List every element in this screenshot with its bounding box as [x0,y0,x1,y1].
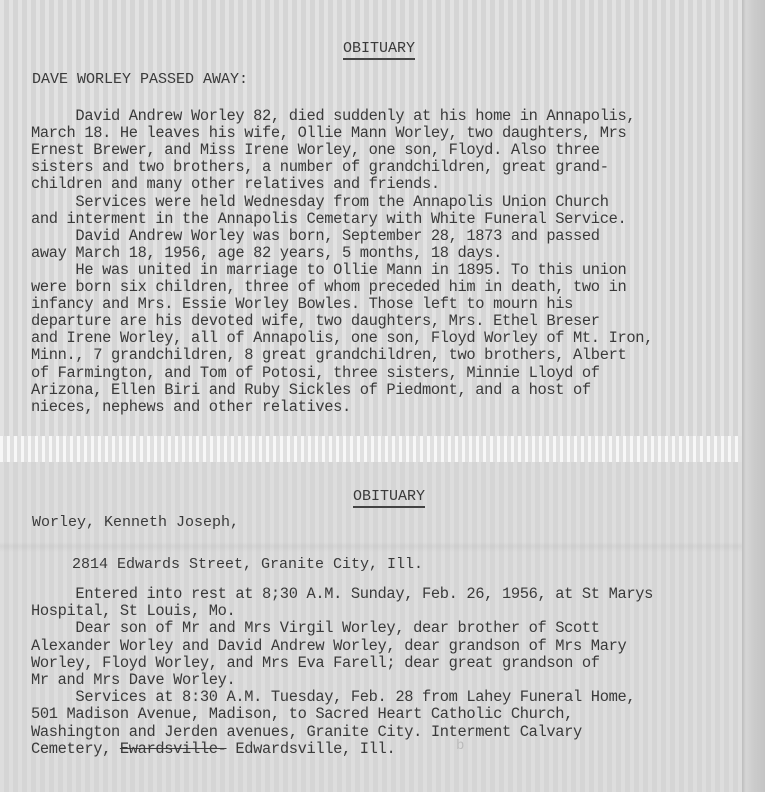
obituary-2-last-line: Cemetery, Ewardsville- Edwardsville, Ill… [31,741,395,757]
text-line: Arizona, Ellen Biri and Ruby Sickles of … [31,382,591,398]
text-line: Entered into rest at 8;30 A.M. Sunday, F… [31,586,653,602]
last-line-prefix: Cemetery, [31,740,120,758]
text-line: Worley, Floyd Worley, and Mrs Eva Farell… [31,655,600,671]
text-line: 501 Madison Avenue, Madison, to Sacred H… [31,706,573,722]
text-line: Minn., 7 grandchildren, 8 great grandchi… [31,347,626,363]
text-line: and interment in the Annapolis Cemetary … [31,211,626,227]
text-line: Hospital, St Louis, Mo. [31,603,235,619]
margin-mark: b [456,738,464,754]
struck-out-word: Ewardsville- [120,740,227,758]
text-line: He was united in marriage to Ollie Mann … [31,262,626,278]
text-line: of Farmington, and Tom of Potosi, three … [31,365,600,381]
deceased-name: Worley, Kenneth Joseph, [32,514,239,531]
text-line: sisters and two brothers, a number of gr… [31,159,609,175]
last-line-suffix: Edwardsville, Ill. [227,740,396,758]
text-line: Mr and Mrs Dave Worley. [31,672,235,688]
text-line: infancy and Mrs. Essie Worley Bowles. Th… [31,296,573,312]
text-line: departure are his devoted wife, two daug… [31,313,600,329]
text-line: were born six children, three of whom pr… [31,279,626,295]
text-line: Ernest Brewer, and Miss Irene Worley, on… [31,142,600,158]
text-line: Services at 8:30 A.M. Tuesday, Feb. 28 f… [31,689,635,705]
text-line: away March 18, 1956, age 82 years, 5 mon… [31,245,502,261]
obituary-title-text: OBITUARY [353,488,425,508]
text-line: children and many other relatives and fr… [31,176,440,192]
text-line: March 18. He leaves his wife, Ollie Mann… [31,125,626,141]
obituary-heading: DAVE WORLEY PASSED AWAY: [32,71,248,88]
text-line: Washington and Jerden avenues, Granite C… [31,724,582,740]
deceased-address: 2814 Edwards Street, Granite City, Ill. [72,556,423,573]
obituary-title-1: OBITUARY [8,40,750,57]
text-line: Alexander Worley and David Andrew Worley… [31,638,626,654]
text-line: and Irene Worley, all of Annapolis, one … [31,330,653,346]
obituary-title-2: OBITUARY [18,488,760,505]
text-line: David Andrew Worley was born, September … [31,228,600,244]
tape-strip [0,436,742,463]
obituary-title-text: OBITUARY [343,40,415,60]
page-edge [742,0,765,792]
text-line: David Andrew Worley 82, died suddenly at… [31,108,635,124]
text-line: Services were held Wednesday from the An… [31,194,609,210]
text-line: Dear son of Mr and Mrs Virgil Worley, de… [31,620,600,636]
text-line: nieces, nephews and other relatives. [31,399,351,415]
